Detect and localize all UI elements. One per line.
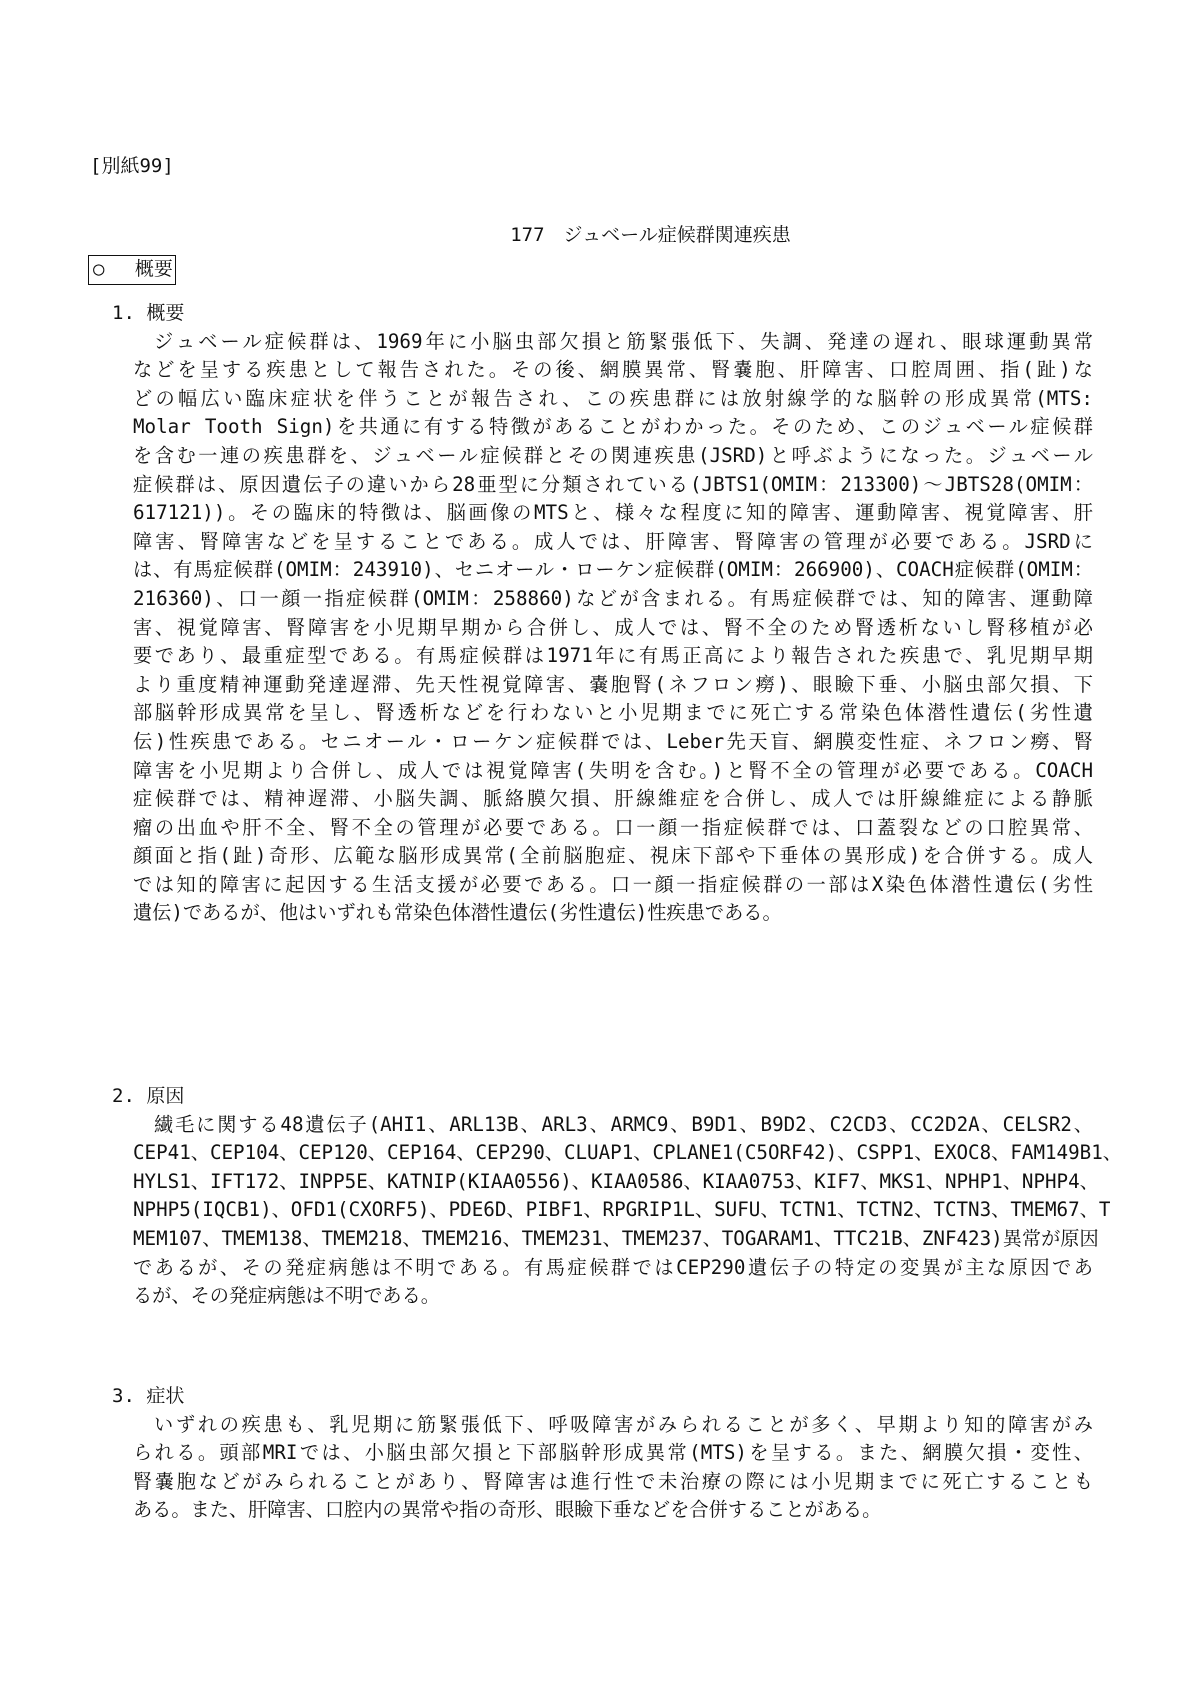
section-body: 繊毛に関する48遺伝子(AHI1、ARL13B、ARL3、ARMC9、B9D1、… — [112, 1111, 1097, 1311]
section-body: ジュベール症候群は、1969年に小脳虫部欠損と筋緊張低下、失調、発達の遅れ、眼球… — [112, 328, 1097, 928]
section-symptoms: 3. 症状 いずれの疾患も、乳児期に筋緊張低下、呼吸障害がみられることが多く、早… — [112, 1382, 1097, 1525]
text-line: では知的障害に起因する生活支援が必要である。口一顔一指症候群の一部はX染色体潜性… — [133, 871, 1093, 900]
text-line: 617121))。その臨床的特徴は、脳画像のMTSと、様々な程度に知的障害、運動… — [133, 499, 1093, 528]
text-line: いずれの疾患も、乳児期に筋緊張低下、呼吸障害がみられることが多く、早期より知的障… — [133, 1411, 1093, 1440]
text-line: 瘤の出血や肝不全、腎不全の管理が必要である。口一顔一指症候群では、口蓋裂などの口… — [133, 814, 1093, 843]
text-line: 害、視覚障害、腎障害を小児期早期から合併し、成人では、腎不全のため腎透析ないし腎… — [133, 614, 1093, 643]
text-line: Molar Tooth Sign)を共通に有する特徴があることがわかった。そのた… — [133, 413, 1093, 442]
text-line: 伝)性疾患である。セニオール・ローケン症候群では、Leber先天盲、網膜変性症、… — [133, 728, 1093, 757]
text-line: 顔面と指(趾)奇形、広範な脳形成異常(全前脳胞症、視床下部や下垂体の異形成)を合… — [133, 842, 1093, 871]
section-heading: 1. 概要 — [112, 299, 1097, 328]
text-line: 繊毛に関する48遺伝子(AHI1、ARL13B、ARL3、ARMC9、B9D1、… — [133, 1111, 1093, 1140]
text-line: であるが、その発症病態は不明である。有馬症候群ではCEP290遺伝子の特定の変異… — [133, 1254, 1093, 1283]
text-line: CEP41、CEP104、CEP120、CEP164、CEP290、CLUAP1… — [133, 1139, 1093, 1168]
document-page: [別紙99] 177 ジュベール症候群関連疾患 ○ 概要 1. 概要 ジュベール… — [0, 0, 1181, 1695]
text-line: を含む一連の疾患群を、ジュベール症候群とその関連疾患(JSRD)と呼ぶようになっ… — [133, 442, 1093, 471]
section-cause: 2. 原因 繊毛に関する48遺伝子(AHI1、ARL13B、ARL3、ARMC9… — [112, 1082, 1097, 1311]
text-line: 要であり、最重症型である。有馬症候群は1971年に有馬正高により報告された疾患で… — [133, 642, 1093, 671]
text-line: などを呈する疾患として報告された。その後、網膜異常、腎嚢胞、肝障害、口腔周囲、指… — [133, 356, 1093, 385]
text-line: 障害を小児期より合併し、成人では視覚障害(失明を含む。)と腎不全の管理が必要であ… — [133, 757, 1093, 786]
text-line: HYLS1、IFT172、INPP5E、KATNIP(KIAA0556)、KIA… — [133, 1168, 1093, 1197]
text-line: 障害、腎障害などを呈することである。成人では、肝障害、腎障害の管理が必要である。… — [133, 528, 1093, 557]
text-line: 部脳幹形成異常を呈し、腎透析などを行わないと小児期までに死亡する常染色体潜性遺伝… — [133, 699, 1093, 728]
text-line: どの幅広い臨床症状を伴うことが報告され、この疾患群には放射線学的な脳幹の形成異常… — [133, 385, 1093, 414]
text-line: られる。頭部MRIでは、小脳虫部欠損と下部脳幹形成異常(MTS)を呈する。また、… — [133, 1439, 1093, 1468]
section-body: いずれの疾患も、乳児期に筋緊張低下、呼吸障害がみられることが多く、早期より知的障… — [112, 1411, 1097, 1525]
text-line: は、有馬症候群(OMIM：243910)、セニオール・ローケン症候群(OMIM：… — [133, 556, 1093, 585]
text-line: 216360)、口一顔一指症候群(OMIM：258860)などが含まれる。有馬症… — [133, 585, 1093, 614]
text-line: 症候群では、精神遅滞、小脳失調、脈絡膜欠損、肝線維症を合併し、成人では肝線維症に… — [133, 785, 1093, 814]
document-title: 177 ジュベール症候群関連疾患 — [510, 223, 791, 247]
text-line: るが、その発症病態は不明である。 — [133, 1282, 1093, 1311]
outline-box-heading: ○ 概要 — [88, 255, 176, 285]
section-overview: 1. 概要 ジュベール症候群は、1969年に小脳虫部欠損と筋緊張低下、失調、発達… — [112, 299, 1097, 928]
text-line: 遺伝)であるが、他はいずれも常染色体潜性遺伝(劣性遺伝)性疾患である。 — [133, 899, 1093, 928]
text-line: ジュベール症候群は、1969年に小脳虫部欠損と筋緊張低下、失調、発達の遅れ、眼球… — [133, 328, 1093, 357]
section-heading: 2. 原因 — [112, 1082, 1097, 1111]
text-line: ある。また、肝障害、口腔内の異常や指の奇形、眼瞼下垂などを合併することがある。 — [133, 1496, 1093, 1525]
text-line: 腎嚢胞などがみられることがあり、腎障害は進行性で未治療の際には小児期までに死亡す… — [133, 1468, 1093, 1497]
document-title-wrapper: 177 ジュベール症候群関連疾患 — [0, 223, 1181, 247]
annex-label: [別紙99] — [90, 154, 174, 178]
section-heading: 3. 症状 — [112, 1382, 1097, 1411]
text-line: 症候群は、原因遺伝子の違いから28亜型に分類されている(JBTS1(OMIM：2… — [133, 471, 1093, 500]
text-line: NPHP5(IQCB1)、OFD1(CXORF5)、PDE6D、PIBF1、RP… — [133, 1196, 1093, 1225]
text-line: MEM107、TMEM138、TMEM218、TMEM216、TMEM231、T… — [133, 1225, 1093, 1254]
text-line: より重度精神運動発達遅滞、先天性視覚障害、嚢胞腎(ネフロン癆)、眼瞼下垂、小脳虫… — [133, 671, 1093, 700]
